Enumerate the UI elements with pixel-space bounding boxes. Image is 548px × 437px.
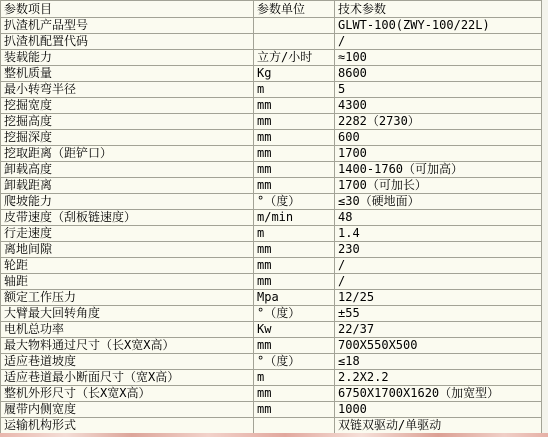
- spec-row: 适应巷道坡度°（度）≤18: [1, 354, 542, 370]
- item-cell: 皮带速度（刮板链速度）: [1, 210, 254, 226]
- unit-cell: m: [254, 82, 335, 98]
- value-cell: 48: [335, 210, 542, 226]
- item-cell: 挖取距离（距铲口）: [1, 146, 254, 162]
- spec-row: 卸载距离mm1700（可加长）: [1, 178, 542, 194]
- value-cell: 230: [335, 242, 542, 258]
- unit-cell: mm: [254, 146, 335, 162]
- value-cell: 8600: [335, 66, 542, 82]
- value-cell: /: [335, 34, 542, 50]
- spec-row: 挖取距离（距铲口）mm1700: [1, 146, 542, 162]
- col-header-unit: 参数单位: [254, 1, 335, 18]
- spec-table: 参数项目 参数单位 技术参数 扒渣机产品型号GLWT-100(ZWY-100/2…: [0, 0, 542, 434]
- col-header-item: 参数项目: [1, 1, 254, 18]
- unit-cell: Mpa: [254, 290, 335, 306]
- spec-row: 装载能力立方/小时≈100: [1, 50, 542, 66]
- spec-row: 扒渣机配置代码/: [1, 34, 542, 50]
- item-cell: 扒渣机配置代码: [1, 34, 254, 50]
- spec-row: 挖掘高度mm2282（2730）: [1, 114, 542, 130]
- bottom-strip: [0, 433, 548, 437]
- item-cell: 挖掘宽度: [1, 98, 254, 114]
- unit-cell: Kw: [254, 322, 335, 338]
- item-cell: 装载能力: [1, 50, 254, 66]
- value-cell: /: [335, 274, 542, 290]
- spec-row: 卸载高度mm1400-1760（可加高）: [1, 162, 542, 178]
- unit-cell: °（度）: [254, 306, 335, 322]
- spec-row: 整机质量Kg8600: [1, 66, 542, 82]
- spec-row: 挖掘宽度mm4300: [1, 98, 542, 114]
- unit-cell: [254, 18, 335, 34]
- unit-cell: mm: [254, 338, 335, 354]
- unit-cell: mm: [254, 402, 335, 418]
- spec-row: 电机总功率Kw22/37: [1, 322, 542, 338]
- header-row: 参数项目 参数单位 技术参数: [1, 1, 542, 18]
- item-cell: 大臂最大回转角度: [1, 306, 254, 322]
- spec-row: 履带内侧宽度mm1000: [1, 402, 542, 418]
- spec-row: 整机外形尺寸（长X宽X高）mm6750X1700X1620（加宽型）: [1, 386, 542, 402]
- unit-cell: mm: [254, 274, 335, 290]
- item-cell: 挖掘高度: [1, 114, 254, 130]
- unit-cell: mm: [254, 162, 335, 178]
- unit-cell: mm: [254, 242, 335, 258]
- value-cell: 双链双驱动/单驱动: [335, 418, 542, 434]
- value-cell: ≤18: [335, 354, 542, 370]
- value-cell: 12/25: [335, 290, 542, 306]
- spec-row: 最小转弯半径m5: [1, 82, 542, 98]
- spec-row: 轮距mm/: [1, 258, 542, 274]
- item-cell: 额定工作压力: [1, 290, 254, 306]
- value-cell: 600: [335, 130, 542, 146]
- item-cell: 轮距: [1, 258, 254, 274]
- value-cell: /: [335, 258, 542, 274]
- item-cell: 履带内侧宽度: [1, 402, 254, 418]
- item-cell: 行走速度: [1, 226, 254, 242]
- item-cell: 电机总功率: [1, 322, 254, 338]
- unit-cell: m: [254, 226, 335, 242]
- value-cell: 1000: [335, 402, 542, 418]
- value-cell: 700X550X500: [335, 338, 542, 354]
- unit-cell: mm: [254, 178, 335, 194]
- value-cell: 1.4: [335, 226, 542, 242]
- spec-table-body: 扒渣机产品型号GLWT-100(ZWY-100/22L)扒渣机配置代码/装载能力…: [1, 18, 542, 434]
- value-cell: 1400-1760（可加高）: [335, 162, 542, 178]
- spec-row: 大臂最大回转角度°（度）±55: [1, 306, 542, 322]
- spec-row: 运输机构形式双链双驱动/单驱动: [1, 418, 542, 434]
- page: 参数项目 参数单位 技术参数 扒渣机产品型号GLWT-100(ZWY-100/2…: [0, 0, 548, 437]
- item-cell: 扒渣机产品型号: [1, 18, 254, 34]
- spec-row: 爬坡能力°（度）≤30（硬地面）: [1, 194, 542, 210]
- unit-cell: m: [254, 370, 335, 386]
- item-cell: 轴距: [1, 274, 254, 290]
- unit-cell: mm: [254, 130, 335, 146]
- unit-cell: °（度）: [254, 194, 335, 210]
- value-cell: 6750X1700X1620（加宽型）: [335, 386, 542, 402]
- unit-cell: [254, 34, 335, 50]
- unit-cell: °（度）: [254, 354, 335, 370]
- spec-row: 离地间隙mm230: [1, 242, 542, 258]
- item-cell: 离地间隙: [1, 242, 254, 258]
- value-cell: 2.2X2.2: [335, 370, 542, 386]
- spec-row: 皮带速度（刮板链速度）m/min48: [1, 210, 542, 226]
- item-cell: 卸载距离: [1, 178, 254, 194]
- item-cell: 运输机构形式: [1, 418, 254, 434]
- value-cell: GLWT-100(ZWY-100/22L): [335, 18, 542, 34]
- spec-row: 适应巷道最小断面尺寸（宽X高）m2.2X2.2: [1, 370, 542, 386]
- right-margin: [542, 0, 548, 433]
- value-cell: ±55: [335, 306, 542, 322]
- value-cell: 1700（可加长）: [335, 178, 542, 194]
- item-cell: 最大物料通过尺寸（长X宽X高）: [1, 338, 254, 354]
- item-cell: 适应巷道坡度: [1, 354, 254, 370]
- content-row: 参数项目 参数单位 技术参数 扒渣机产品型号GLWT-100(ZWY-100/2…: [0, 0, 548, 433]
- unit-cell: 立方/小时: [254, 50, 335, 66]
- value-cell: 4300: [335, 98, 542, 114]
- unit-cell: m/min: [254, 210, 335, 226]
- value-cell: 22/37: [335, 322, 542, 338]
- unit-cell: mm: [254, 114, 335, 130]
- unit-cell: mm: [254, 98, 335, 114]
- value-cell: ≈100: [335, 50, 542, 66]
- unit-cell: Kg: [254, 66, 335, 82]
- spec-row: 挖掘深度mm600: [1, 130, 542, 146]
- value-cell: 5: [335, 82, 542, 98]
- unit-cell: mm: [254, 386, 335, 402]
- item-cell: 卸载高度: [1, 162, 254, 178]
- spec-row: 最大物料通过尺寸（长X宽X高）mm700X550X500: [1, 338, 542, 354]
- col-header-value: 技术参数: [335, 1, 542, 18]
- value-cell: 1700: [335, 146, 542, 162]
- unit-cell: [254, 418, 335, 434]
- item-cell: 最小转弯半径: [1, 82, 254, 98]
- spec-row: 扒渣机产品型号GLWT-100(ZWY-100/22L): [1, 18, 542, 34]
- spec-row: 轴距mm/: [1, 274, 542, 290]
- value-cell: 2282（2730）: [335, 114, 542, 130]
- spec-row: 行走速度m1.4: [1, 226, 542, 242]
- item-cell: 挖掘深度: [1, 130, 254, 146]
- item-cell: 适应巷道最小断面尺寸（宽X高）: [1, 370, 254, 386]
- item-cell: 整机质量: [1, 66, 254, 82]
- spec-row: 额定工作压力Mpa12/25: [1, 290, 542, 306]
- item-cell: 整机外形尺寸（长X宽X高）: [1, 386, 254, 402]
- item-cell: 爬坡能力: [1, 194, 254, 210]
- value-cell: ≤30（硬地面）: [335, 194, 542, 210]
- unit-cell: mm: [254, 258, 335, 274]
